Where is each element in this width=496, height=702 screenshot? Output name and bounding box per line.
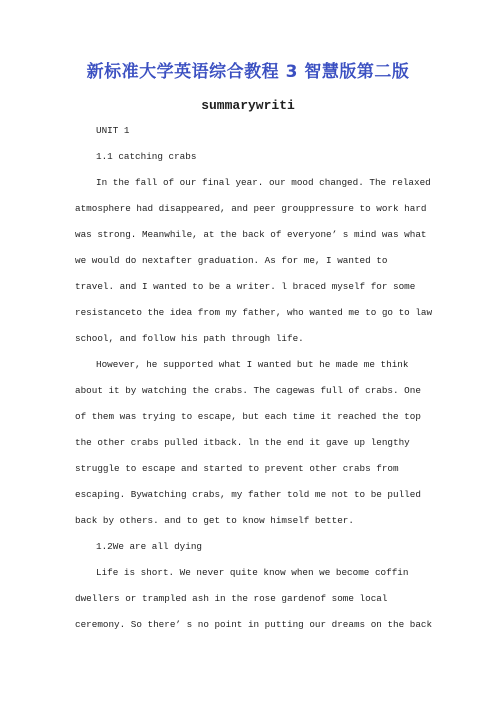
section-heading-1-1: 1.1 catching crabs	[75, 144, 456, 170]
text-line: school, and follow his path through life…	[75, 326, 456, 352]
text-line: However, he supported what I wanted but …	[75, 352, 456, 378]
text-line: was strong. Meanwhile, at the back of ev…	[75, 222, 456, 248]
text-line: escaping. Bywatching crabs, my father to…	[75, 482, 456, 508]
text-line: Life is short. We never quite know when …	[75, 560, 456, 586]
text-line: resistanceto the idea from my father, wh…	[75, 300, 456, 326]
text-line: ceremony. So there’ s no point in puttin…	[75, 612, 456, 638]
document-page: 新标准大学英语综合教程 3 智慧版第二版 summarywriti UNIT 1…	[0, 0, 496, 702]
text-line: about it by watching the crabs. The cage…	[75, 378, 456, 404]
text-line: travel. and I wanted to be a writer. l b…	[75, 274, 456, 300]
text-line: dwellers or trampled ash in the rose gar…	[75, 586, 456, 612]
text-line: we would do nextafter graduation. As for…	[75, 248, 456, 274]
doc-title: 新标准大学英语综合教程 3 智慧版第二版	[0, 0, 496, 88]
text-line: back by others. and to get to know himse…	[75, 508, 456, 534]
text-line: In the fall of our final year. our mood …	[75, 170, 456, 196]
text-line: atmosphere had disappeared, and peer gro…	[75, 196, 456, 222]
doc-subtitle: summarywriti	[0, 94, 496, 118]
section-heading-1-2: 1.2We are all dying	[75, 534, 456, 560]
text-line: struggle to escape and started to preven…	[75, 456, 456, 482]
text-line: of them was trying to escape, but each t…	[75, 404, 456, 430]
document-body: UNIT 1 1.1 catching crabs In the fall of…	[0, 118, 496, 638]
text-line: the other crabs pulled itback. ln the en…	[75, 430, 456, 456]
unit-heading: UNIT 1	[75, 118, 456, 144]
